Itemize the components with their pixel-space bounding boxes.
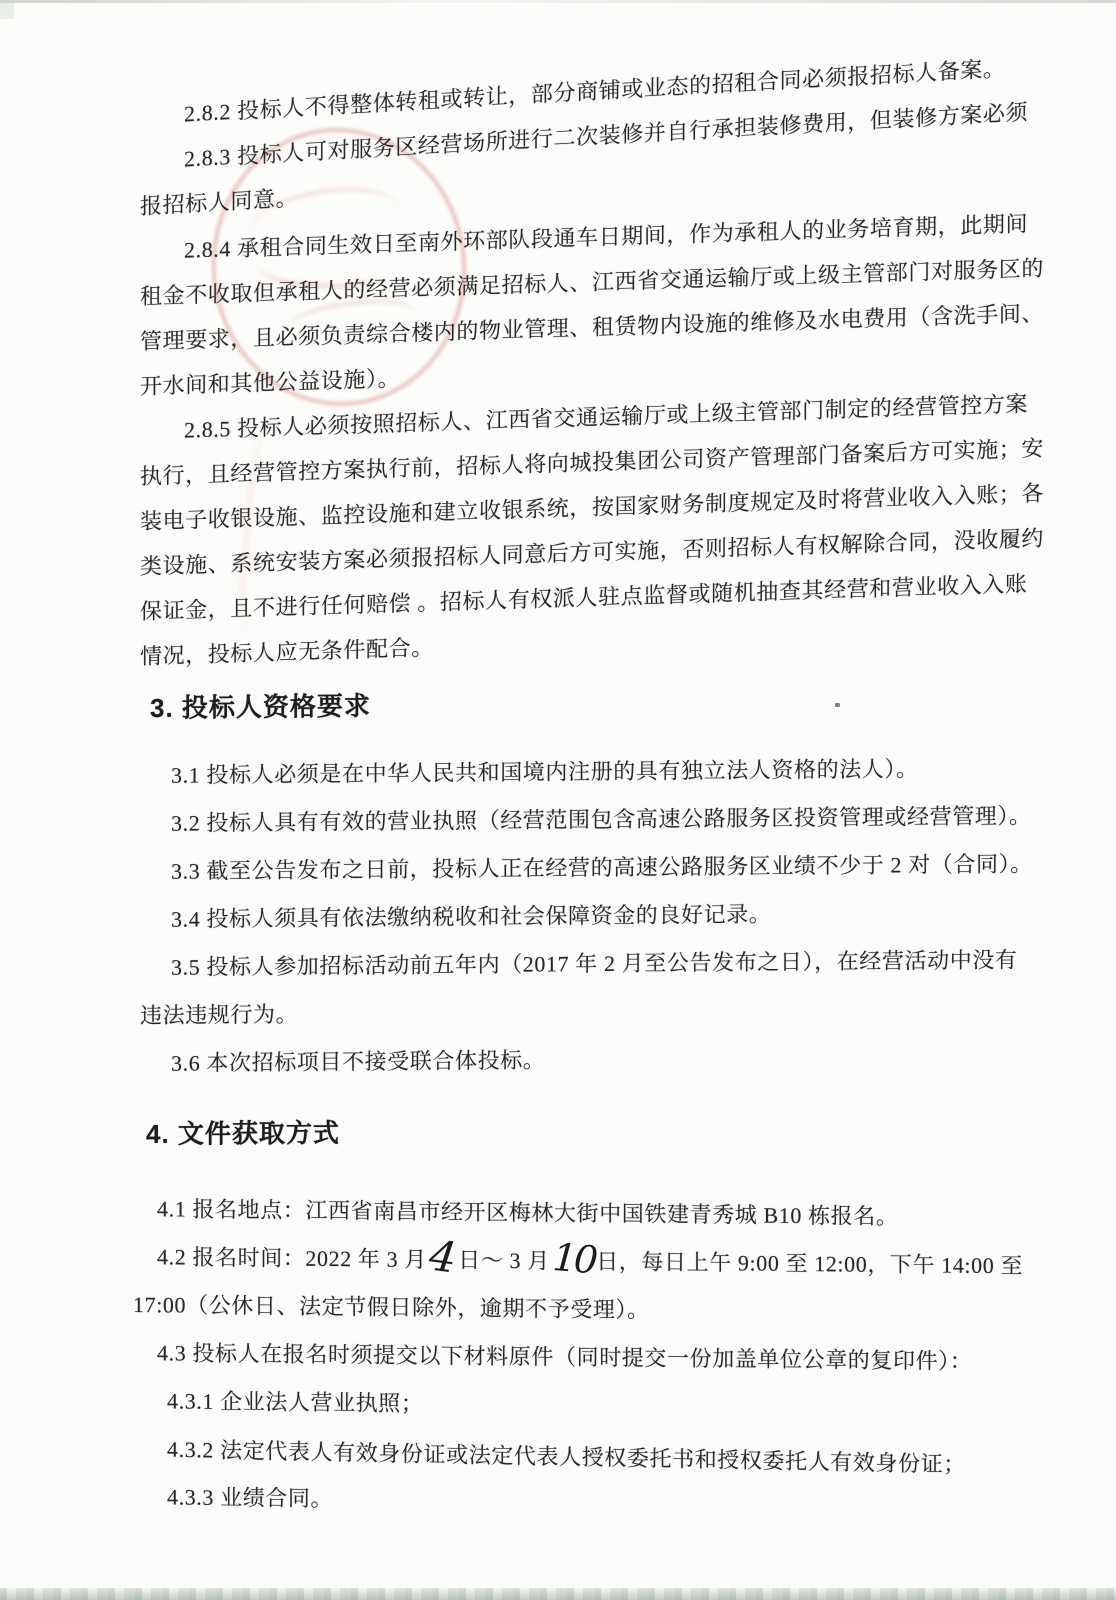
item-4-2-text: 日，每日上午 9:00 至 12:00，下午 14:00 至 <box>596 1249 1023 1278</box>
section-3-items: 3.1 投标人必须是在中华人民共和国境内注册的具有独立法人资格的法人）。 3.2… <box>140 744 1035 1088</box>
item-3-3: 3.3 截至公告发布之日前，投标人正在经营的高速公路服务区业绩不少于 2 对（合… <box>140 840 1035 896</box>
section-4-heading: 4. 文件获取方式 <box>146 1113 340 1151</box>
section-3-heading: 3. 投标人资格要求 <box>150 686 371 725</box>
item-3-2: 3.2 投标人具有有效的营业执照（经营范围包含高速公路服务区投资管理或经营管理）… <box>140 792 1035 848</box>
scan-edge-bottom <box>0 1588 1116 1600</box>
item-3-1: 3.1 投标人必须是在中华人民共和国境内注册的具有独立法人资格的法人）。 <box>140 744 1035 800</box>
item-4-2-text: 日～ 3 月 <box>458 1247 550 1273</box>
section-4-items: 4.1 报名地点：江西省南昌市经开区梅林大街中国铁建青秀城 B10 栋报名。 4… <box>133 1185 1038 1530</box>
item-3-5: 3.5 投标人参加招标活动前五年内（2017 年 2 月至公告发布之日），在经营… <box>140 936 1035 992</box>
item-4-3-1: 4.3.1 企业法人营业执照； <box>133 1377 1038 1434</box>
item-3-6: 3.6 本次招标项目不接受联合体投标。 <box>140 1032 1035 1088</box>
scanned-document-page: 2.8.2 投标人不得整体转租或转让，部分商铺或业态的招租合同必须报招标人备案。… <box>0 0 1116 1600</box>
item-3-4: 3.4 投标人须具有依法缴纳税收和社会保障资金的良好记录。 <box>140 888 1035 944</box>
scan-speck-artifact <box>835 703 840 707</box>
scan-edge-top <box>0 0 1116 3</box>
handwritten-start-day: 4 <box>430 1255 457 1259</box>
handwritten-end-day: 10 <box>553 1257 595 1260</box>
section-2-8-paragraphs: 2.8.2 投标人不得整体转租或转让，部分商铺或业态的招租合同必须报招标人备案。… <box>140 66 1025 679</box>
scan-corner-artifact <box>0 3 14 19</box>
item-4-2-text: 4.2 报名时间：2022 年 3 月 <box>157 1244 427 1272</box>
item-3-5-cont: 违法违规行为。 <box>140 984 1035 1040</box>
